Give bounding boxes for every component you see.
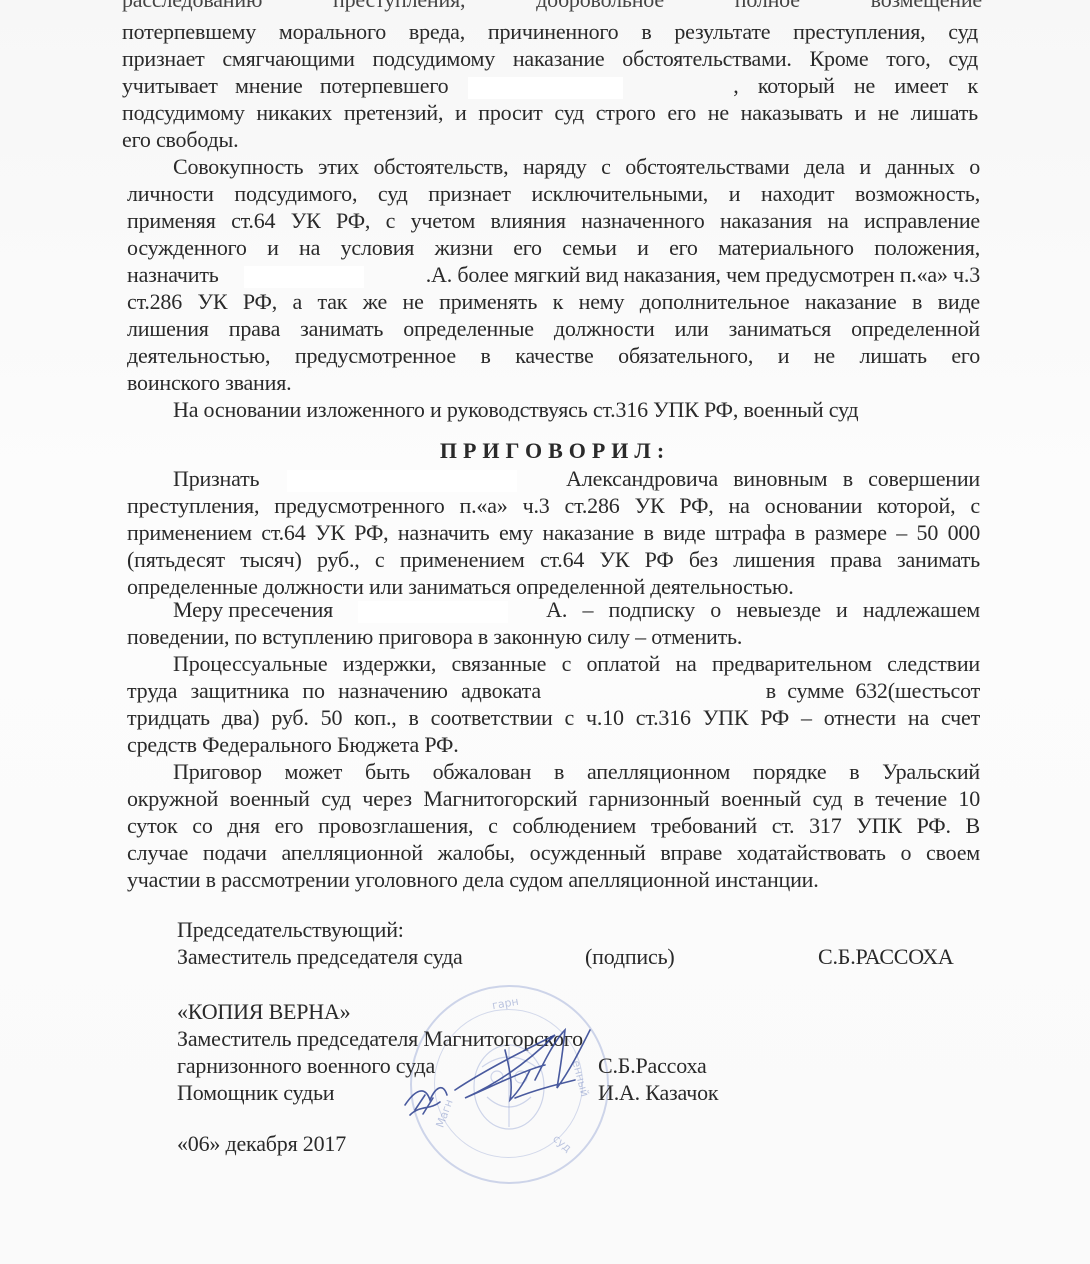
text-line: деятельностью, предусмотренное в качеств… xyxy=(127,342,980,369)
text-line: применением ст.64 УК РФ, назначить ему н… xyxy=(127,519,980,546)
text-line: Признать Александровича виновным в совер… xyxy=(173,465,980,492)
text-line: суток со дня его провозглашения, с соблю… xyxy=(127,812,980,839)
line-text: Александровича виновным в совершении xyxy=(566,465,980,492)
line-text: А. – подписку о невыезде и надлежашем xyxy=(546,596,980,623)
text-line: окружной военный суд через Магнитогорски… xyxy=(127,785,980,812)
line-text: воинского звания. xyxy=(127,370,291,395)
cutoff-top-line: расследованию преступления, добровольное… xyxy=(122,0,982,13)
text-line: преступления, предусмотренного п.«а» ч.3… xyxy=(127,492,980,519)
text-line: тридцать два) руб. 50 коп., в соответств… xyxy=(127,704,980,731)
line-text: поведении, по вступлению приговора в зак… xyxy=(127,624,742,649)
line-text: Совокупность этих обстоятельств, наряду … xyxy=(173,153,980,180)
presiding-judge-name: С.Б.РАССОХА xyxy=(818,943,954,970)
line-text: осужденного и на условия жизни его семьи… xyxy=(127,234,980,261)
assistant-judge-label: Помощник судьи xyxy=(177,1079,334,1106)
text-line: труда защитника по назначению адвоката в… xyxy=(127,677,980,704)
line-text: потерпевшему морального вреда, причиненн… xyxy=(122,18,978,45)
line-text: его свободы. xyxy=(122,127,238,152)
text-line: его свободы. xyxy=(122,126,238,153)
text-line: лишения права занимать определенные долж… xyxy=(127,315,980,342)
text-line: случае подачи апелляционной жалобы, осуж… xyxy=(127,839,980,866)
line-text: участии в рассмотрении уголовного дела с… xyxy=(127,867,819,892)
document-date: «06» декабря 2017 xyxy=(177,1130,346,1157)
line-text: в сумме 632(шестьсот xyxy=(766,677,980,704)
signature-placeholder: (подпись) xyxy=(585,943,675,970)
line-text: личности подсудимого, суд признает исклю… xyxy=(127,180,980,207)
stamp-text: Магн xyxy=(433,1098,455,1130)
deputy-chair-label: Заместитель председателя суда xyxy=(177,943,463,970)
text-line: осужденного и на условия жизни его семьи… xyxy=(127,234,980,261)
line-text: назначить xyxy=(127,262,219,287)
redacted-name xyxy=(468,77,623,99)
text-line: Совокупность этих обстоятельств, наряду … xyxy=(173,153,980,180)
line-text: труда защитника по назначению адвоката xyxy=(127,678,541,703)
redacted-name xyxy=(287,470,517,492)
line-text: средств Федерального Бюджета РФ. xyxy=(127,732,459,757)
cutoff-text: расследованию преступления, добровольное… xyxy=(122,0,982,13)
line-text: подсудимому никаких претензий, и просит … xyxy=(122,99,978,126)
line-text: применяя ст.64 УК РФ, с учетом влияния н… xyxy=(127,207,980,234)
copy-deputy-name: С.Б.Рассоха xyxy=(598,1052,707,1079)
presiding-label: Председательствующий: xyxy=(177,916,404,943)
text-line: подсудимому никаких претензий, и просит … xyxy=(122,99,978,126)
copy-deputy-line-2: гарнизонного военного суда xyxy=(177,1052,435,1079)
line-text: , который не имеет к xyxy=(733,72,978,99)
text-line: применяя ст.64 УК РФ, с учетом влияния н… xyxy=(127,207,980,234)
copy-deputy-line-1: Заместитель председателя Магнитогорского xyxy=(177,1025,583,1052)
line-text: окружной военный суд через Магнитогорски… xyxy=(127,785,980,812)
text-line: участии в рассмотрении уголовного дела с… xyxy=(127,866,819,893)
verdict-heading: ПРИГОВОРИЛ: xyxy=(0,438,1090,464)
text-line: (пятьдесят тысяч) руб., с применением ст… xyxy=(127,546,980,573)
scanned-document-page: расследованию преступления, добровольное… xyxy=(0,0,1090,1264)
redacted-name xyxy=(244,266,364,288)
line-text: Приговор может быть обжалован в апелляци… xyxy=(173,758,980,785)
stamp-emblem-icon xyxy=(412,987,607,1182)
paragraph-based-on: На основании изложенного и руководствуяс… xyxy=(173,396,858,423)
text-line: потерпевшему морального вреда, причиненн… xyxy=(122,18,978,45)
assistant-judge-name: И.А. Казачок xyxy=(598,1079,718,1106)
line-text: Процессуальные издержки, связанные с опл… xyxy=(173,650,980,677)
text-line: Приговор может быть обжалован в апелляци… xyxy=(173,758,980,785)
stamp-text: суд xyxy=(550,1132,574,1155)
text-line: Процессуальные издержки, связанные с опл… xyxy=(173,650,980,677)
text-line: средств Федерального Бюджета РФ. xyxy=(127,731,459,758)
text-line: учитывает мнение потерпевшего , который … xyxy=(122,72,978,99)
copy-verified-label: «КОПИЯ ВЕРНА» xyxy=(177,998,351,1025)
line-text: Меру пресечения xyxy=(173,597,333,622)
text-line: поведении, по вступлению приговора в зак… xyxy=(127,623,742,650)
stamp-text: гарн xyxy=(491,995,520,1012)
line-text: случае подачи апелляционной жалобы, осуж… xyxy=(127,839,980,866)
redacted-name xyxy=(358,601,508,623)
line-text: применением ст.64 УК РФ, назначить ему н… xyxy=(127,519,980,546)
line-text: суток со дня его провозглашения, с соблю… xyxy=(127,812,980,839)
stamp-text: енный xyxy=(569,1059,591,1098)
line-text: Признать xyxy=(173,466,259,491)
line-text: деятельностью, предусмотренное в качеств… xyxy=(127,342,980,369)
line-text: признает смягчающими подсудимому наказан… xyxy=(122,45,978,72)
text-line: назначить .А. более мягкий вид наказания… xyxy=(127,261,980,288)
line-text: (пятьдесят тысяч) руб., с применением ст… xyxy=(127,546,980,573)
text-line: Меру пресечения А. – подписку о невыезде… xyxy=(173,596,980,623)
line-text: учитывает мнение потерпевшего xyxy=(122,73,448,98)
court-stamp: Магн гарн енный суд xyxy=(410,985,609,1184)
line-text: тридцать два) руб. 50 коп., в соответств… xyxy=(127,704,980,731)
line-text: На основании изложенного и руководствуяс… xyxy=(173,397,858,422)
line-text: ст.286 УК РФ, а так же не применять к не… xyxy=(127,288,980,315)
text-line: воинского звания. xyxy=(127,369,291,396)
text-line: ст.286 УК РФ, а так же не применять к не… xyxy=(127,288,980,315)
text-line: личности подсудимого, суд признает исклю… xyxy=(127,180,980,207)
line-text: .А. более мягкий вид наказания, чем пред… xyxy=(426,261,980,288)
line-text: преступления, предусмотренного п.«а» ч.3… xyxy=(127,492,980,519)
text-line: признает смягчающими подсудимому наказан… xyxy=(122,45,978,72)
line-text: лишения права занимать определенные долж… xyxy=(127,315,980,342)
